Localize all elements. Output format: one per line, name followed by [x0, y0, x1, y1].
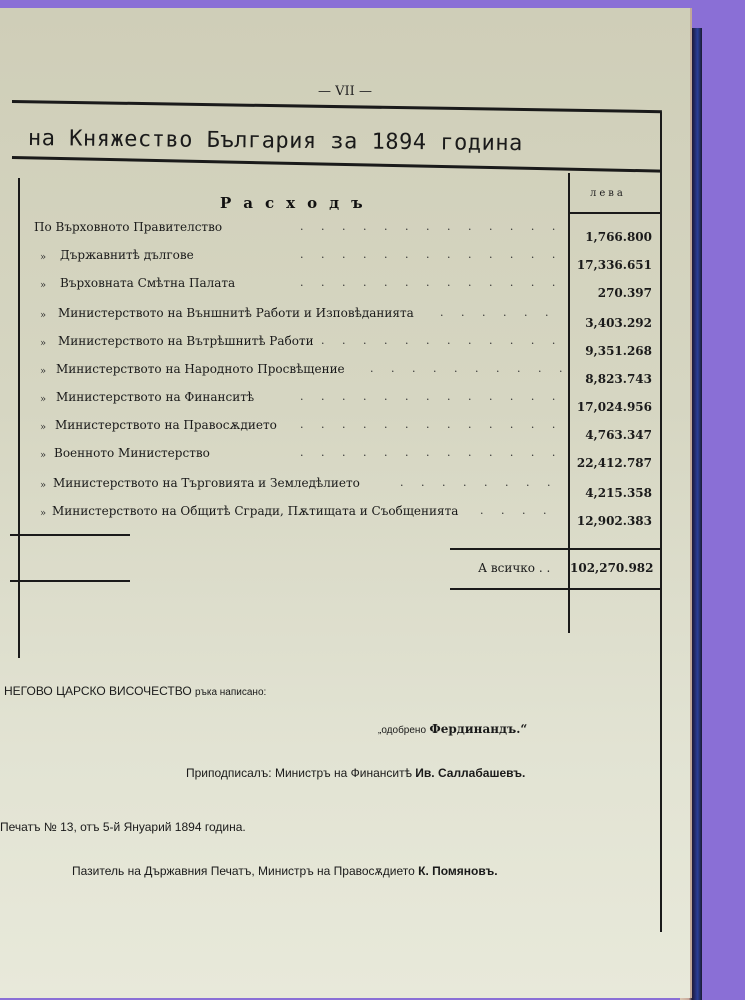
table-row: » Министерството на Вътрѣшнитѣ Работи . …	[0, 332, 690, 360]
ditto-mark: »	[40, 310, 46, 321]
table-row: » Министерството на Външнитѣ Работи и Из…	[0, 304, 690, 332]
top-rule	[12, 100, 662, 113]
table-row: » Държавнитѣ дългове . . . . . . . . . .…	[0, 246, 690, 274]
leader-dots: . . . . . . . . . . . . . . . . . . . . …	[300, 334, 562, 347]
seal-line: Печатъ № 13, отъ 5-й Януарий 1894 година…	[0, 820, 246, 834]
total-rule	[450, 588, 660, 590]
left-rule	[10, 534, 130, 536]
row-label: Военното Министерство	[54, 446, 210, 460]
leader-dots: . . . . . . . . . . . . . . . . . . . . …	[480, 504, 562, 517]
row-value: 270.397	[570, 286, 652, 300]
royal-approval-line: НЕГОВО ЦАРСКО ВИСОЧЕСТВО ръка написано:	[4, 684, 266, 698]
table-row: » Военното Министерство . . . . . . . . …	[0, 444, 690, 472]
row-value: 3,403.292	[570, 316, 652, 330]
table-row: » Министерството на Народното Просвѣщени…	[0, 360, 690, 388]
ditto-mark: »	[40, 280, 46, 291]
leader-dots: . . . . . . . . . . . . . . . . . . . . …	[300, 446, 562, 459]
keeper-of-seal-line: Пазитель на Държавния Печатъ, Министръ н…	[72, 864, 498, 878]
row-value: 17,336.651	[570, 258, 652, 272]
approval-signature: „одобрено Фердинандъ.“	[378, 722, 527, 736]
ditto-mark: »	[40, 366, 46, 377]
total-label: А всичко . .	[478, 561, 550, 575]
leader-dots: . . . . . . . . . . . . . . . . . . . . …	[300, 390, 562, 403]
page-number: — VII —	[0, 84, 690, 99]
row-value: 4,763.347	[570, 428, 652, 442]
row-value: 4,215.358	[570, 486, 652, 500]
row-value: 12,902.383	[570, 514, 652, 528]
leader-dots: . . . . . . . . . . . . . . . . . . . . …	[300, 276, 562, 289]
table-row: » Министерството на Правосѫдието . . . .…	[0, 416, 690, 444]
row-label: По Върховното Правителство	[34, 220, 222, 234]
table-row: » Върховната Смѣтна Палата . . . . . . .…	[0, 274, 690, 302]
ditto-mark: »	[40, 252, 46, 263]
ditto-mark: »	[40, 508, 46, 519]
document-page: — VII — на Княжество България за 1894 го…	[0, 8, 690, 998]
row-value: 9,351.268	[570, 344, 652, 358]
leader-dots: . . . . . . . . . . . . . . . . . . . . …	[370, 362, 562, 375]
minister-finance-name: Ив. Саллабашевъ.	[415, 766, 525, 780]
approved-text: „одобрено	[378, 725, 426, 736]
page-title: на Княжество България за 1894 година	[28, 126, 523, 156]
leader-dots: . . . . . . . . . . . . . . . . . . . . …	[300, 248, 562, 261]
total-value: 102,270.982	[570, 561, 652, 575]
title-rule	[12, 156, 662, 172]
leader-dots: . . . . . . . . . . . . . . . . . . . . …	[400, 476, 562, 489]
row-label: Министерството на Външнитѣ Работи и Изпо…	[58, 306, 414, 320]
row-label: Министерството на Общитѣ Сгради, Пѫтищат…	[52, 504, 458, 518]
table-heading: Расходъ	[220, 194, 375, 212]
row-label: Върховната Смѣтна Палата	[60, 276, 235, 290]
table-row: По Върховното Правителство . . . . . . .…	[0, 218, 690, 246]
row-label: Министерството на Търговията и Земледѣли…	[53, 476, 360, 490]
row-value: 17,024.956	[570, 400, 652, 414]
leader-dots: . . . . . . . . . . . . . . . . . . . . …	[440, 306, 562, 319]
ditto-mark: »	[40, 480, 46, 491]
countersigned-text: Приподписалъ: Министръ на Финанситѣ	[186, 766, 412, 780]
ditto-mark: »	[40, 422, 46, 433]
countersigned-line: Приподписалъ: Министръ на Финанситѣ Ив. …	[186, 766, 525, 780]
handwritten-note: ръка написано:	[195, 687, 266, 698]
ditto-mark: »	[40, 450, 46, 461]
row-value: 1,766.800	[570, 230, 652, 244]
ditto-mark: »	[40, 338, 46, 349]
table-row: » Министерството на Общитѣ Сгради, Пѫтищ…	[0, 502, 690, 530]
column-header-rule	[568, 212, 660, 214]
ferdinand-signature: Фердинандъ.“	[429, 722, 527, 736]
sum-rule	[450, 548, 660, 550]
row-label: Държавнитѣ дългове	[60, 248, 194, 262]
leader-dots: . . . . . . . . . . . . . . . . . . . . …	[300, 220, 562, 233]
column-header-leva: лева	[590, 188, 626, 199]
row-label: Министерството на Правосѫдието	[55, 418, 277, 432]
row-label: Министерството на Народното Просвѣщение	[56, 362, 345, 376]
row-label: Министерството на Финанситѣ	[56, 390, 254, 404]
row-label: Министерството на Вътрѣшнитѣ Работи	[58, 334, 314, 348]
ditto-mark: »	[40, 394, 46, 405]
row-value: 8,823.743	[570, 372, 652, 386]
leader-dots: . . . . . . . . . . . . . . . . . . . . …	[300, 418, 562, 431]
row-value: 22,412.787	[570, 456, 652, 470]
table-row: » Министерството на Търговията и Земледѣ…	[0, 474, 690, 502]
left-rule	[10, 580, 130, 582]
minister-justice-name: К. Помяновъ.	[418, 864, 497, 878]
keeper-text: Пазитель на Държавния Печатъ, Министръ н…	[72, 864, 415, 878]
table-row: » Министерството на Финанситѣ . . . . . …	[0, 388, 690, 416]
royal-title: НЕГОВО ЦАРСКО ВИСОЧЕСТВО	[4, 684, 192, 698]
